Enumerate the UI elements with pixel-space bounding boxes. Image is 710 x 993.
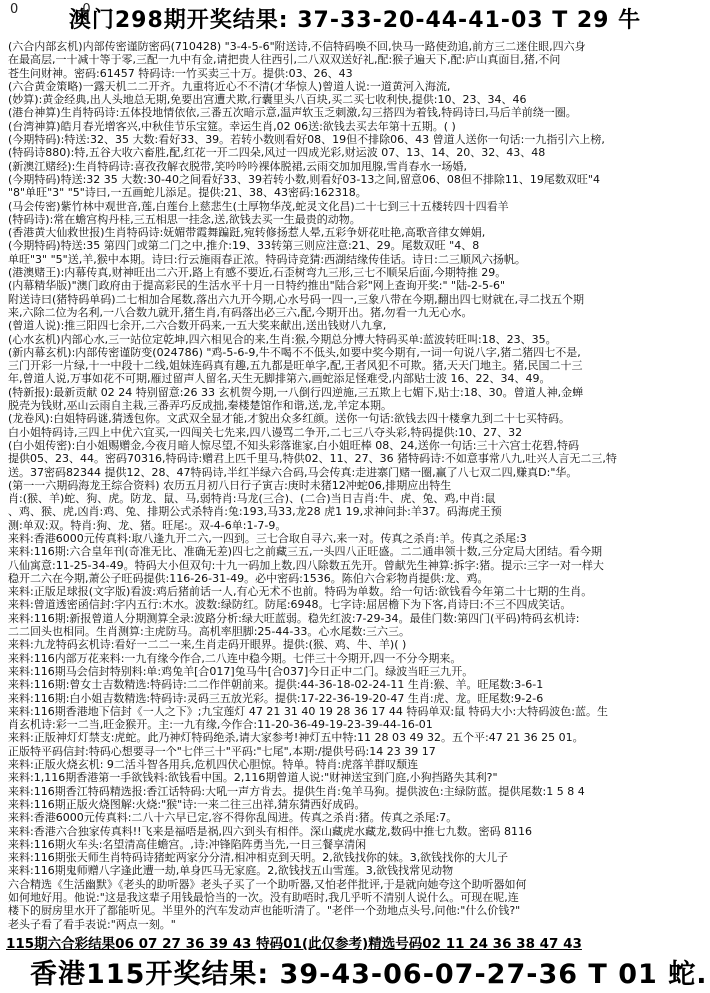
text-line: 稳开二六在今期,萧公子旺码提供:116-26-31-49。必中密码:1536。陈… xyxy=(8,572,702,585)
text-line: 来料:曾道透密函信封:字内五行:木水。波数:绿防红。防尾:6948。七字诗:屈居… xyxy=(8,598,702,611)
text-line: 苍生问财神。密码:61457 特码诗:一竹买卖三十万。提供:03、26、43 xyxy=(8,67,702,80)
text-line: 测:单双:双。特肖:狗、龙、猪。旺尾:。双-4-6单:1-7-9。 xyxy=(8,519,702,532)
text-line: 来料:正版神灯灯禁支:虎蛇。此乃神灯特码绝杀,请大家参考!神灯五中特:11 28… xyxy=(8,731,702,744)
text-line: 来料:1,116期香港第一手欲钱料:欲钱看中国。2,116期曾道人说:"财神送宝… xyxy=(8,771,702,784)
text-line: 来料:116期香港地下信封《一人之下》;九宝莲灯 47 21 31 40 19 … xyxy=(8,705,702,718)
text-line: 来料:116期:六合皇年刊(奇准无比、准确无差)四七之前藏三五,一头四八正旺盛。… xyxy=(8,545,702,558)
text-line: (港台神算)生肖特码诗:五体投地情依依,三番五次暗示意,温声软玉乏刺激,勾三搭四… xyxy=(8,106,702,119)
text-line: (内幕精华版)"澳门政府由于提高彩民的生活水平十月一日特约推出"陆合彩"网上查询… xyxy=(8,279,702,292)
text-line: 来料:116期:曾女士吉数精选:特码诗:二二作伴朝前来。提供:44-36-18-… xyxy=(8,678,702,691)
text-line: 来料:正版火烧玄机: 9二活斗智各用兵,危机四伏心胆惊。特单。特肖:虎落羊群叹颓… xyxy=(8,758,702,771)
text-line: (特码诗):常在蟾宫构丹桂,三五相思一挂念,送,欲钱去买一生最贵的动物。 xyxy=(8,213,702,226)
text-line: (六合内部玄机)内部传密谨防密码(710428) "3-4-5-6"附送诗,不信… xyxy=(8,40,702,53)
text-line: 来料:香港六合独家传真料!!飞来是福唔是祸,四六到头有相伴。深山藏虎水藏龙,数码… xyxy=(8,825,702,838)
text-line: 来料:116期香江特码精选报:香江话特码:大吼一声方肯去。提供生肖:兔羊马狗。提… xyxy=(8,785,702,798)
text-line: 来料:116期:白小姐吉数精选:特码诗:灵码三五放光彩。提供:17-22-36-… xyxy=(8,692,702,705)
text-line: (香港黄大仙救世报)生肖特码诗:妩媚带霞舞蹁跹,宛转修扬惹人晕,五彩争妍花吐艳,… xyxy=(8,226,702,239)
lottery-tips-page: 0 0 澳门298期开奖结果: 37-33-20-44-41-03 T 29 牛… xyxy=(0,0,710,993)
text-line: 来料:116内部万花来料:一九有缘今作合,二八连中稳今期。七伴三十今期开,四一不… xyxy=(8,652,702,665)
text-line: 来料:116期张天师生肖特码诗猪蛇两家分分清,相冲相克到天明。2,欲钱找你的妹。… xyxy=(8,851,702,864)
text-line: 来,六除二位为名利,一八合数九就开,猪生肖,有码落出必三六,配,今期开出。猪,勿… xyxy=(8,306,702,319)
text-line: (港澳赌王):内幕传真,财神旺出二六开,路上有感不要近,石歪树弯九三形,三七不顺… xyxy=(8,266,702,279)
footer: 115期六合彩结果06 07 27 36 39 43 特码01(此仅参考)精选号… xyxy=(0,932,710,993)
text-line: 附送诗曰(猪特码单码)二七相加合尾数,落出六九开今期,心水号码一四一,三象八带在… xyxy=(8,293,702,306)
text-line: 来料:九龙特码玄机诗:看好一二二一来,生肖走码开眼界。提供:(猴、鸡、牛、羊)(… xyxy=(8,638,702,651)
text-line: (今期特码)特送:32 35 大数:30-40之间看好33、39若转小数,则看好… xyxy=(8,173,702,186)
text-line: (曾道人说):推三阳四七余开,二六合数开码来,一五大奖来献出,送出钱财八九拿, xyxy=(8,319,702,332)
text-line: 在最高层,一十减十等于零,三配一九中有金,请把贵人往西引,二八双双送好礼,配:猴… xyxy=(8,53,702,66)
text-line: 来料:116期马会信封特别料:单:鸡兔羊[合017]兔马牛[合037]今日正中二… xyxy=(8,665,702,678)
text-line: (妙算):黄金经典,出人头地总无期,免要出宫遭犬欺,行囊里头八百块,买二买七收利… xyxy=(8,93,702,106)
text-line: (特新报):最新贡献 02 24 特别留意:26 33 玄机贺今期,一八倒行四逆… xyxy=(8,386,702,399)
tips-text-block: (六合内部玄机)内部传密谨防密码(710428) "3-4-5-6"附送诗,不信… xyxy=(0,34,710,931)
text-line: 白小姐特码诗,三四上中优六宜买,一四闯关七先来,四八谩骂二争开,二七三八夺头彩,… xyxy=(8,426,702,439)
text-line: 来料:116期火车头:名望清高佳蟾宫。,诗:冲锋陷阵勇当先,一日三餐享清闲 xyxy=(8,838,702,851)
text-line: (特码诗880):特,五谷大收六畜胜,配,红花一开二四朵,风过一四成光彩,财运波… xyxy=(8,146,702,159)
text-line: (马会传密)紫竹林中观世音,莲,白莲台上慈悲生(土厚物华茂,蛇灵文化昌)二十七到… xyxy=(8,200,702,213)
text-line: 来料:香港6000元传真料:取八逢九开二六,一四到。三七合取自寻六,来一对。传真… xyxy=(8,532,702,545)
text-line: 六合精选《生活幽默》《老头的助听器》老头子买了一个助听器,又怕老伴批评,于是就向… xyxy=(8,878,702,891)
text-line: 来料:正版足球报(文字版)看波:鸡后猪前话一人,有心无术不也前。特码为单数。给一… xyxy=(8,585,702,598)
text-line: 肖:(猴、羊)蛇、狗、虎。防龙、鼠、马,弱特肖:马龙(三合)、(二合)当日吉肖:… xyxy=(8,492,702,505)
text-line: 脱壳为钱财,巫山云雨自主栽,三番弄巧反成拙,秦楼楚馆作和谐,送,龙,羊定本期。 xyxy=(8,399,702,412)
text-line: 来料:116期:新报曾道人分期测算全录:波路分析:绿大旺蓝弱。稳先红波:7-29… xyxy=(8,612,702,625)
corner-marks: 0 0 xyxy=(10,2,121,17)
text-line: 肖玄机诗:彩一二当,旺金猴开。主:一九有缘,今作合:11-20-36-49-19… xyxy=(8,718,702,731)
text-line: 老头子看了看手表说:"两点一刻。" xyxy=(8,918,702,931)
text-line: (龙卷风):白姐特码谜,猜透包你。文武双全显才能,才貌出众多红颜。送你一句话:欲… xyxy=(8,412,702,425)
text-line: (新内幕玄机):内部传密谨防变(024786) "鸡-5-6-9,牛不喝不不低头… xyxy=(8,346,702,359)
text-line: 三门开彩一片绿,十一中段十二线,姐妹连码真有趣,五九都是旺单字,配,王者风犯不可… xyxy=(8,359,702,372)
hk-result-title: 香港115开奖结果: 39-43-06-07-27-36 T 01 蛇. xyxy=(0,952,710,991)
text-line: 送。37密码82344 提供12、28、47特码诗,半红半绿六合码,马会传真:走… xyxy=(8,466,702,479)
text-line: (心水玄机)内部心水,三一站位定乾坤,四六相见合的来,生肖:猴,今期总分博大特码… xyxy=(8,333,702,346)
hk-115-summary-line: 115期六合彩结果06 07 27 36 39 43 特码01(此仅参考)精选号… xyxy=(0,932,710,952)
text-line: 来料:116期鬼师赠八字逢此遭一劫,单身匹马无家庭。2,欲钱找五山雪莲。3,欲钱… xyxy=(8,864,702,877)
text-line: 正版特平码信封:特码心想要寻一个"七伴三十"平码:"七尾",本期:/提供号码:1… xyxy=(8,745,702,758)
text-line: 来料:香港6000元传真料:二八十六早已定,容不得你乱闯进。传真之杀肖:猪。传真… xyxy=(8,811,702,824)
text-line: 单旺"3" "5"送,羊,猴中本期。诗曰:行云施雨春正浓。特码诗竞猜:西湖结缘传… xyxy=(8,253,702,266)
text-line: (今期特码):特送:32、35 大数:看好33、39。若转小数则看好08、19但… xyxy=(8,133,702,146)
text-line: 来料:116期正版火烧图解:火烧:"猴"诗:一来二往三出祥,猜东猜西好成码。 xyxy=(8,798,702,811)
text-line: (新澳江赌经):生肖特码诗:喜孜孜解衣脱带,笑吟吟吟裸体脱裙,云雨交加加甩腺,雪… xyxy=(8,160,702,173)
text-line: (六合黄金策略)一露天机二二开齐。九重将近心不不清(才华惊人)曾道人说:一道黄河… xyxy=(8,80,702,93)
text-line: 二二回头也相同。生肖测算:主虎防马。高机率胆脚:25-44-33。心水尾数:三六… xyxy=(8,625,702,638)
text-line: 年,曾道人说,万事如花不可期,雁过留声人留名,天生无脚排第六,画蛇添足怪难受,内… xyxy=(8,372,702,385)
text-line: 提供05、23、44。密码70316,特码诗:赠君上匹千里马,特供02、11、2… xyxy=(8,452,702,465)
text-line: (白小姐传密):白小姐赐赠金,今夜月暗人惊尽望,不知头彩落谁家,白小姐旺棒 08… xyxy=(8,439,702,452)
text-line: 、鸡、猴、虎,凶肖:鸡、兔、排期公式杀特肖:兔:193,马33,龙28 虎1 1… xyxy=(8,505,702,518)
text-line: (今期特码)特送:35 第四门或第二门之中,推介:19、33转第三则应注意:21… xyxy=(8,239,702,252)
text-line: (台湾神算)皓月春光增客兴,中秋佳节乐宝筵。幸运生肖,02 06送:欲钱去买去年… xyxy=(8,120,702,133)
text-line: (第一一六期码海龙王综合资料) 农历五月初八日行子寅吉:庚时未猪12冲蛇06,排… xyxy=(8,479,702,492)
text-line: 八仙寓意:11-25-34-49。特码大小但双句:十九一码加上数,四八除数五先开… xyxy=(8,559,702,572)
text-line: "8"单旺"3" "5"诗曰,一五画蛇儿添足。提供:21、38、43密码:162… xyxy=(8,186,702,199)
text-line: 如何地好用。他说:"这是我这辈子用钱最恰当的一次。没有助唔时,我几乎听不清别人说… xyxy=(8,891,702,904)
text-line: 楼下的厨房里水开了都能听见。半里外的汽车发动声也能听清了。"老伴一个劲地点头号,… xyxy=(8,904,702,917)
